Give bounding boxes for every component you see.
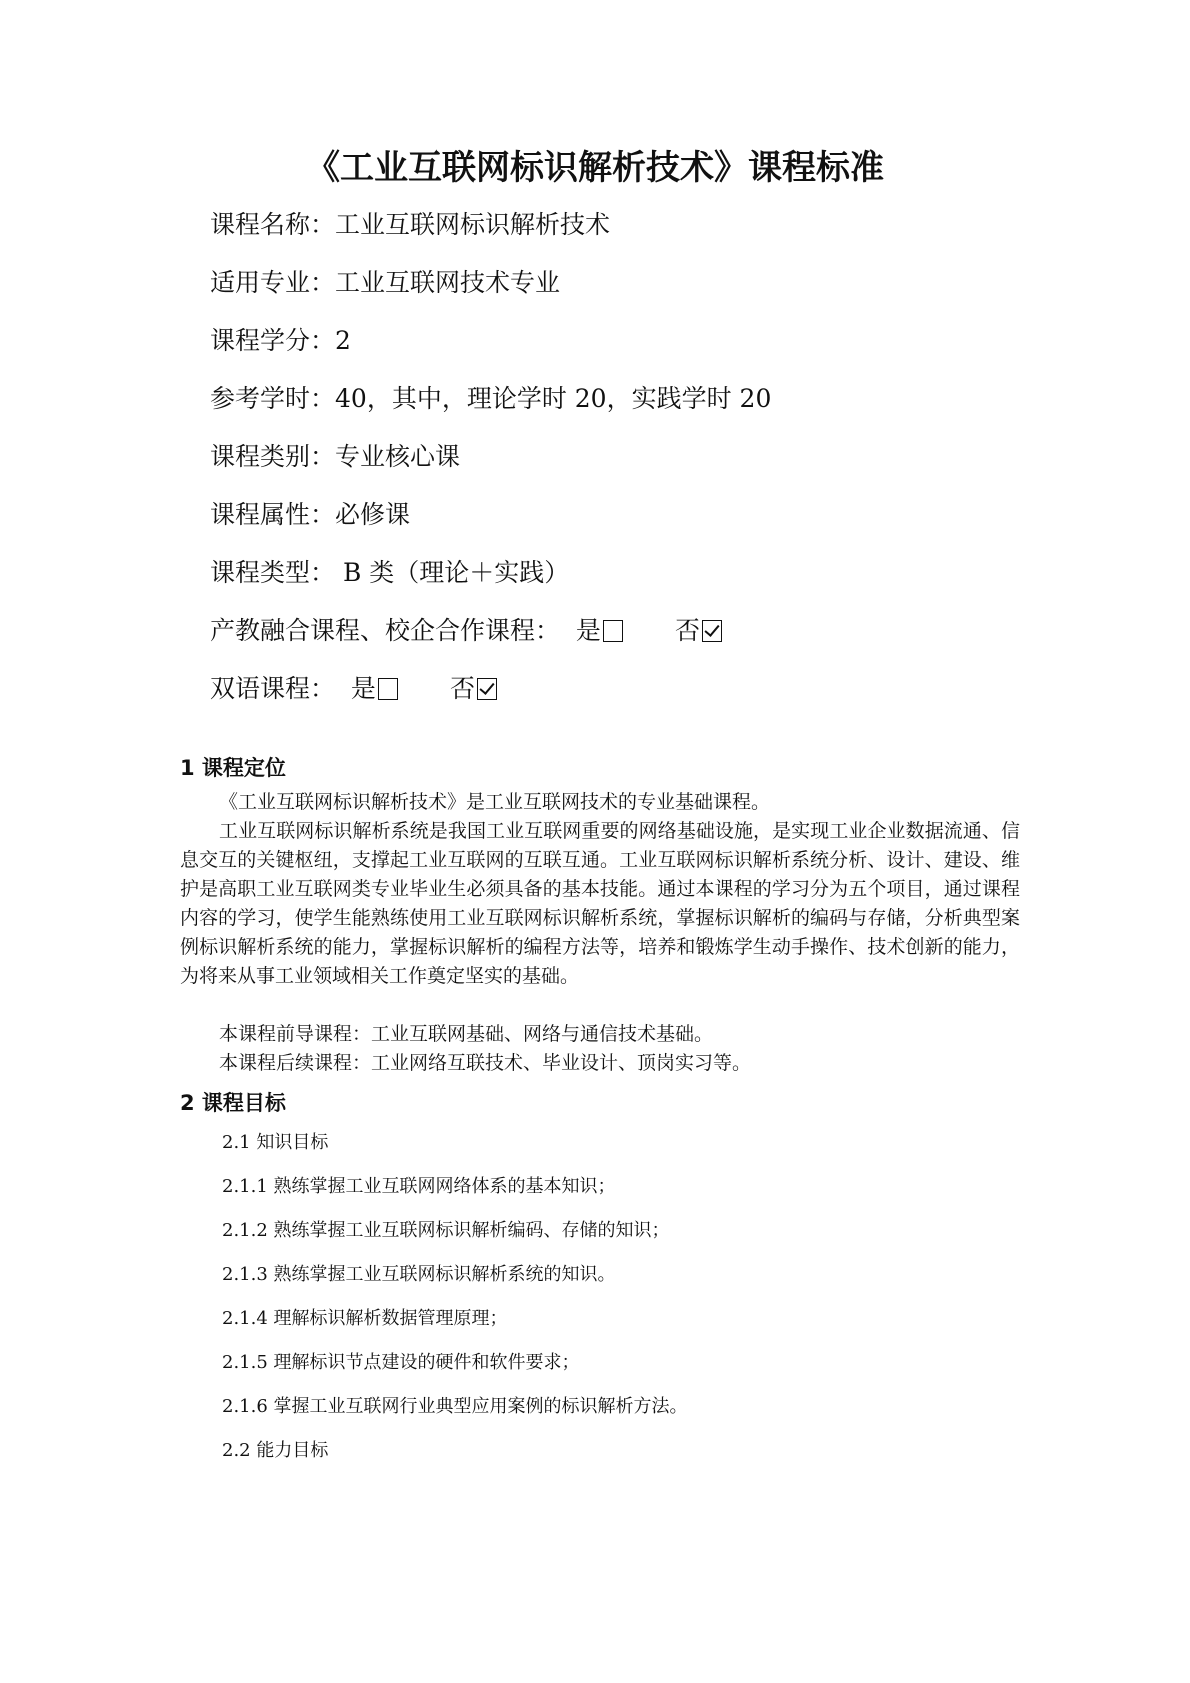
checkbox-checked-icon[interactable] (477, 678, 497, 700)
goal-item: 2.2 能力目标 (222, 1436, 328, 1462)
meta-label: 适用专业： (210, 268, 335, 297)
meta-label: 课程类型： (210, 558, 335, 587)
meta-major: 适用专业：工业互联网技术专业 (210, 263, 560, 299)
meta-label: 产教融合课程、校企合作课程： (210, 616, 560, 645)
paragraph: 工业互联网标识解析系统是我国工业互联网重要的网络基础设施，是实现工业企业数据流通… (180, 817, 1020, 991)
meta-value: 必修课 (335, 500, 410, 529)
section-heading-objectives: 2 课程目标 (180, 1087, 286, 1117)
meta-course-name: 课程名称：工业互联网标识解析技术 (210, 205, 610, 241)
meta-label: 课程学分： (210, 326, 335, 355)
meta-label: 双语课程： (210, 674, 335, 703)
meta-label: 课程名称： (210, 210, 335, 239)
meta-value: 专业核心课 (335, 442, 460, 471)
paragraph: 本课程后续课程：工业网络互联技术、毕业设计、顶岗实习等。 (180, 1049, 1020, 1078)
paragraph: 《工业互联网标识解析技术》是工业互联网技术的专业基础课程。 (180, 788, 1020, 817)
section-heading-positioning: 1 课程定位 (180, 752, 286, 782)
meta-value: B 类（理论＋实践） (335, 558, 569, 587)
meta-type: 课程类型： B 类（理论＋实践） (210, 553, 569, 589)
goal-item: 2.1.3 熟练掌握工业互联网标识解析系统的知识。 (222, 1260, 616, 1286)
meta-attribute: 课程属性：必修课 (210, 495, 410, 531)
meta-label: 课程属性： (210, 500, 335, 529)
goal-item: 2.1.6 掌握工业互联网行业典型应用案例的标识解析方法。 (222, 1392, 688, 1418)
meta-label: 参考学时： (210, 384, 335, 413)
checkbox-unchecked-icon[interactable] (378, 678, 398, 700)
goal-item: 2.1.4 理解标识解析数据管理原理； (222, 1304, 508, 1330)
meta-value: 工业互联网标识解析技术 (335, 210, 610, 239)
checkbox-unchecked-icon[interactable] (603, 620, 623, 642)
meta-value: 40，其中，理论学时 20，实践学时 20 (335, 384, 771, 413)
meta-category: 课程类别：专业核心课 (210, 437, 460, 473)
meta-bilingual: 双语课程： 是否 (210, 669, 497, 705)
goal-item: 2.1.5 理解标识节点建设的硬件和软件要求； (222, 1348, 580, 1374)
meta-hours: 参考学时：40，其中，理论学时 20，实践学时 20 (210, 379, 771, 415)
meta-credits: 课程学分：2 (210, 321, 351, 357)
goal-item: 2.1.2 熟练掌握工业互联网标识解析编码、存储的知识； (222, 1216, 670, 1242)
option-yes-label: 是 (576, 616, 601, 645)
meta-integration: 产教融合课程、校企合作课程： 是否 (210, 611, 722, 647)
document-title: 《工业互联网标识解析技术》课程标准 (0, 140, 1190, 189)
meta-value: 工业互联网技术专业 (335, 268, 560, 297)
option-no-label: 否 (675, 616, 700, 645)
option-yes-label: 是 (351, 674, 376, 703)
goal-item: 2.1 知识目标 (222, 1128, 328, 1154)
option-no-label: 否 (450, 674, 475, 703)
checkbox-checked-icon[interactable] (702, 620, 722, 642)
meta-value: 2 (335, 326, 351, 355)
goal-item: 2.1.1 熟练掌握工业互联网网络体系的基本知识； (222, 1172, 616, 1198)
meta-label: 课程类别： (210, 442, 335, 471)
paragraph: 本课程前导课程：工业互联网基础、网络与通信技术基础。 (180, 1020, 1020, 1049)
